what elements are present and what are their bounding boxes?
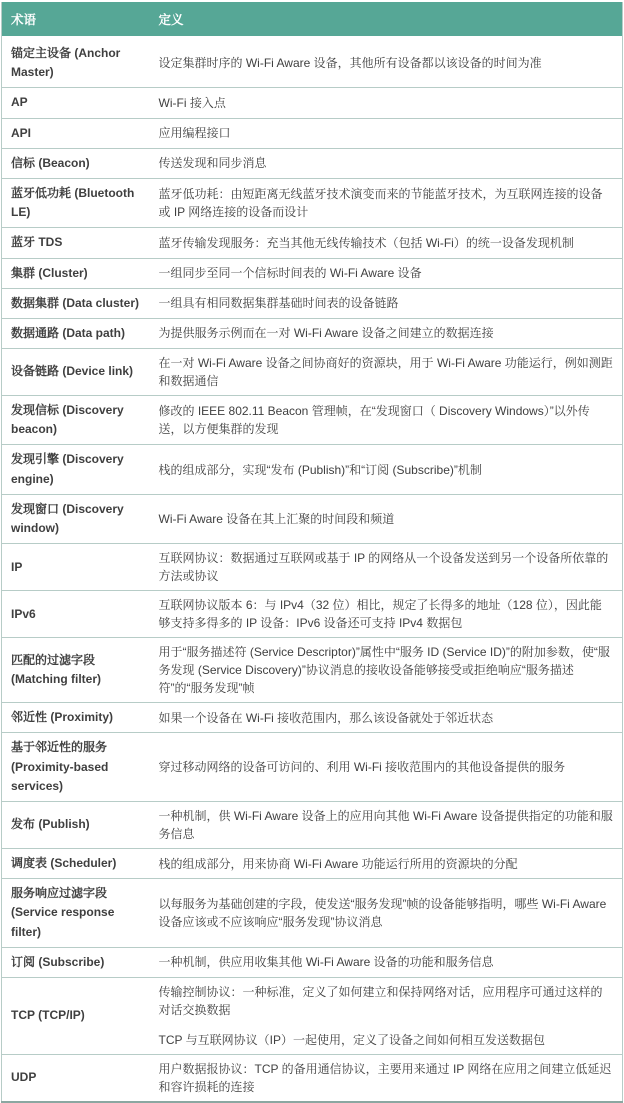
definition-cell: 一种机制，供应用收集其他 Wi-Fi Aware 设备的功能和服务信息 xyxy=(150,947,623,977)
definition-cell: Wi-Fi Aware 设备在其上汇聚的时间段和频道 xyxy=(150,494,623,543)
table-row: 邻近性 (Proximity) 如果一个设备在 Wi-Fi 接收范围内，那么该设… xyxy=(2,703,623,733)
term-cell: 发现信标 (Discovery beacon) xyxy=(2,396,150,445)
term-cell: AP xyxy=(2,88,150,118)
term-cell: API xyxy=(2,118,150,148)
term-cell: 邻近性 (Proximity) xyxy=(2,703,150,733)
definition-paragraph: 蓝牙传输发现服务：充当其他无线传输技术（包括 Wi-Fi）的统一设备发现机制 xyxy=(159,234,614,252)
table-row: IP 互联网协议：数据通过互联网或基于 IP 的网络从一个设备发送到另一个设备所… xyxy=(2,544,623,591)
term-cell: 蓝牙 TDS xyxy=(2,228,150,258)
table-row: 集群 (Cluster) 一组同步至同一个信标时间表的 Wi-Fi Aware … xyxy=(2,258,623,288)
col-header-term: 术语 xyxy=(2,2,150,36)
term-cell: 锚定主设备 (Anchor Master) xyxy=(2,36,150,88)
definition-paragraph: 在一对 Wi-Fi Aware 设备之间协商好的资源块，用于 Wi-Fi Awa… xyxy=(159,354,614,390)
table-row: 蓝牙 TDS 蓝牙传输发现服务：充当其他无线传输技术（包括 Wi-Fi）的统一设… xyxy=(2,228,623,258)
definition-cell: 一组同步至同一个信标时间表的 Wi-Fi Aware 设备 xyxy=(150,258,623,288)
definition-paragraph: 以每服务为基础创建的字段，使发送“服务发现”帧的设备能够指明，哪些 Wi-Fi … xyxy=(159,895,614,931)
definition-cell: 穿过移动网络的设备可访问的、利用 Wi-Fi 接收范围内的其他设备提供的服务 xyxy=(150,733,623,802)
term-cell: 数据通路 (Data path) xyxy=(2,318,150,348)
definition-paragraph: 为提供服务示例而在一对 Wi-Fi Aware 设备之间建立的数据连接 xyxy=(159,324,614,342)
definition-paragraph: 栈的组成部分，实现“发布 (Publish)”和“订阅 (Subscribe)”… xyxy=(159,461,614,479)
definition-paragraph: 互联网协议版本 6：与 IPv4（32 位）相比，规定了长得多的地址（128 位… xyxy=(159,596,614,632)
definition-paragraph: Wi-Fi 接入点 xyxy=(159,94,614,112)
definition-cell: 用于“服务描述符 (Service Descriptor)”属性中“服务 ID … xyxy=(150,638,623,703)
term-cell: 匹配的过滤字段 (Matching filter) xyxy=(2,638,150,703)
table-row: 数据通路 (Data path) 为提供服务示例而在一对 Wi-Fi Aware… xyxy=(2,318,623,348)
definition-cell: 传送发现和同步消息 xyxy=(150,148,623,178)
term-cell: UDP xyxy=(2,1054,150,1102)
definition-cell: 栈的组成部分，用来协商 Wi-Fi Aware 功能运行所用的资源块的分配 xyxy=(150,848,623,878)
term-cell: 调度表 (Scheduler) xyxy=(2,848,150,878)
glossary-table-body: 锚定主设备 (Anchor Master) 设定集群时序的 Wi-Fi Awar… xyxy=(2,36,623,1102)
definition-paragraph: 一组具有相同数据集群基础时间表的设备链路 xyxy=(159,294,614,312)
definition-paragraph: 应用编程接口 xyxy=(159,124,614,142)
definition-paragraph: 用户数据报协议：TCP 的备用通信协议，主要用来通过 IP 网络在应用之间建立低… xyxy=(159,1060,614,1096)
table-row: 发现信标 (Discovery beacon) 修改的 IEEE 802.11 … xyxy=(2,396,623,445)
table-row: 信标 (Beacon) 传送发现和同步消息 xyxy=(2,148,623,178)
term-cell: 发现引擎 (Discovery engine) xyxy=(2,445,150,494)
table-row: TCP (TCP/IP) 传输控制协议：一种标准，定义了如何建立和保持网络对话，… xyxy=(2,977,623,1054)
table-row: 蓝牙低功耗 (Bluetooth LE) 蓝牙低功耗：由短距离无线蓝牙技术演变而… xyxy=(2,178,623,227)
definition-paragraph: Wi-Fi Aware 设备在其上汇聚的时间段和频道 xyxy=(159,510,614,528)
term-cell: TCP (TCP/IP) xyxy=(2,977,150,1054)
table-row: 基于邻近性的服务 (Proximity-based services) 穿过移动… xyxy=(2,733,623,802)
table-row: 锚定主设备 (Anchor Master) 设定集群时序的 Wi-Fi Awar… xyxy=(2,36,623,88)
definition-cell: 蓝牙传输发现服务：充当其他无线传输技术（包括 Wi-Fi）的统一设备发现机制 xyxy=(150,228,623,258)
table-row: AP Wi-Fi 接入点 xyxy=(2,88,623,118)
header-row: 术语 定义 xyxy=(2,2,623,36)
definition-paragraph: 传输控制协议：一种标准，定义了如何建立和保持网络对话，应用程序可通过这样的对话交… xyxy=(159,983,614,1019)
table-row: 服务响应过滤字段 (Service response filter) 以每服务为… xyxy=(2,879,623,948)
definition-cell: 蓝牙低功耗：由短距离无线蓝牙技术演变而来的节能蓝牙技术，为互联网连接的设备或 I… xyxy=(150,178,623,227)
definition-cell: 一种机制，供 Wi-Fi Aware 设备上的应用向其他 Wi-Fi Aware… xyxy=(150,801,623,848)
table-row: 调度表 (Scheduler) 栈的组成部分，用来协商 Wi-Fi Aware … xyxy=(2,848,623,878)
term-cell: IPv6 xyxy=(2,591,150,638)
term-cell: 集群 (Cluster) xyxy=(2,258,150,288)
term-cell: 设备链路 (Device link) xyxy=(2,349,150,396)
term-cell: 发布 (Publish) xyxy=(2,801,150,848)
definition-cell: 应用编程接口 xyxy=(150,118,623,148)
definition-cell: 以每服务为基础创建的字段，使发送“服务发现”帧的设备能够指明，哪些 Wi-Fi … xyxy=(150,879,623,948)
term-cell: IP xyxy=(2,544,150,591)
table-row: 发现窗口 (Discovery window) Wi-Fi Aware 设备在其… xyxy=(2,494,623,543)
term-cell: 蓝牙低功耗 (Bluetooth LE) xyxy=(2,178,150,227)
definition-paragraph: 修改的 IEEE 802.11 Beacon 管理帧，在“发现窗口（ Disco… xyxy=(159,402,614,438)
definition-cell: Wi-Fi 接入点 xyxy=(150,88,623,118)
table-row: 设备链路 (Device link) 在一对 Wi-Fi Aware 设备之间协… xyxy=(2,349,623,396)
definition-cell: 传输控制协议：一种标准，定义了如何建立和保持网络对话，应用程序可通过这样的对话交… xyxy=(150,977,623,1054)
term-cell: 发现窗口 (Discovery window) xyxy=(2,494,150,543)
definition-paragraph: 一种机制，供应用收集其他 Wi-Fi Aware 设备的功能和服务信息 xyxy=(159,953,614,971)
glossary-table-header: 术语 定义 xyxy=(2,2,623,36)
table-row: 数据集群 (Data cluster) 一组具有相同数据集群基础时间表的设备链路 xyxy=(2,288,623,318)
definition-paragraph: 蓝牙低功耗：由短距离无线蓝牙技术演变而来的节能蓝牙技术，为互联网连接的设备或 I… xyxy=(159,185,614,221)
definition-cell: 互联网协议版本 6：与 IPv4（32 位）相比，规定了长得多的地址（128 位… xyxy=(150,591,623,638)
definition-paragraph: 一组同步至同一个信标时间表的 Wi-Fi Aware 设备 xyxy=(159,264,614,282)
term-cell: 数据集群 (Data cluster) xyxy=(2,288,150,318)
definition-cell: 设定集群时序的 Wi-Fi Aware 设备，其他所有设备都以该设备的时间为准 xyxy=(150,36,623,88)
term-cell: 订阅 (Subscribe) xyxy=(2,947,150,977)
definition-cell: 用户数据报协议：TCP 的备用通信协议，主要用来通过 IP 网络在应用之间建立低… xyxy=(150,1054,623,1102)
definition-paragraph: 穿过移动网络的设备可访问的、利用 Wi-Fi 接收范围内的其他设备提供的服务 xyxy=(159,758,614,776)
definition-paragraph: 一种机制，供 Wi-Fi Aware 设备上的应用向其他 Wi-Fi Aware… xyxy=(159,807,614,843)
definition-cell: 修改的 IEEE 802.11 Beacon 管理帧，在“发现窗口（ Disco… xyxy=(150,396,623,445)
term-cell: 服务响应过滤字段 (Service response filter) xyxy=(2,879,150,948)
definition-paragraph: 设定集群时序的 Wi-Fi Aware 设备，其他所有设备都以该设备的时间为准 xyxy=(159,54,614,72)
table-row: IPv6 互联网协议版本 6：与 IPv4（32 位）相比，规定了长得多的地址（… xyxy=(2,591,623,638)
table-row: UDP 用户数据报协议：TCP 的备用通信协议，主要用来通过 IP 网络在应用之… xyxy=(2,1054,623,1102)
col-header-definition: 定义 xyxy=(150,2,623,36)
definition-cell: 一组具有相同数据集群基础时间表的设备链路 xyxy=(150,288,623,318)
definition-paragraph: TCP 与互联网协议（IP）一起使用，定义了设备之间如何相互发送数据包 xyxy=(159,1031,614,1049)
definition-cell: 互联网协议：数据通过互联网或基于 IP 的网络从一个设备发送到另一个设备所依靠的… xyxy=(150,544,623,591)
definition-cell: 在一对 Wi-Fi Aware 设备之间协商好的资源块，用于 Wi-Fi Awa… xyxy=(150,349,623,396)
definition-paragraph: 用于“服务描述符 (Service Descriptor)”属性中“服务 ID … xyxy=(159,643,614,697)
definition-cell: 如果一个设备在 Wi-Fi 接收范围内，那么该设备就处于邻近状态 xyxy=(150,703,623,733)
definition-paragraph: 如果一个设备在 Wi-Fi 接收范围内，那么该设备就处于邻近状态 xyxy=(159,709,614,727)
table-row: 匹配的过滤字段 (Matching filter) 用于“服务描述符 (Serv… xyxy=(2,638,623,703)
table-row: API 应用编程接口 xyxy=(2,118,623,148)
term-cell: 基于邻近性的服务 (Proximity-based services) xyxy=(2,733,150,802)
glossary-table: 术语 定义 锚定主设备 (Anchor Master) 设定集群时序的 Wi-F… xyxy=(1,2,623,1103)
term-cell: 信标 (Beacon) xyxy=(2,148,150,178)
table-row: 订阅 (Subscribe) 一种机制，供应用收集其他 Wi-Fi Aware … xyxy=(2,947,623,977)
definition-cell: 栈的组成部分，实现“发布 (Publish)”和“订阅 (Subscribe)”… xyxy=(150,445,623,494)
definition-paragraph: 栈的组成部分，用来协商 Wi-Fi Aware 功能运行所用的资源块的分配 xyxy=(159,855,614,873)
definition-paragraph: 传送发现和同步消息 xyxy=(159,154,614,172)
table-row: 发布 (Publish) 一种机制，供 Wi-Fi Aware 设备上的应用向其… xyxy=(2,801,623,848)
table-row: 发现引擎 (Discovery engine) 栈的组成部分，实现“发布 (Pu… xyxy=(2,445,623,494)
glossary-page: 术语 定义 锚定主设备 (Anchor Master) 设定集群时序的 Wi-F… xyxy=(0,0,624,1103)
definition-paragraph: 互联网协议：数据通过互联网或基于 IP 的网络从一个设备发送到另一个设备所依靠的… xyxy=(159,549,614,585)
definition-cell: 为提供服务示例而在一对 Wi-Fi Aware 设备之间建立的数据连接 xyxy=(150,318,623,348)
